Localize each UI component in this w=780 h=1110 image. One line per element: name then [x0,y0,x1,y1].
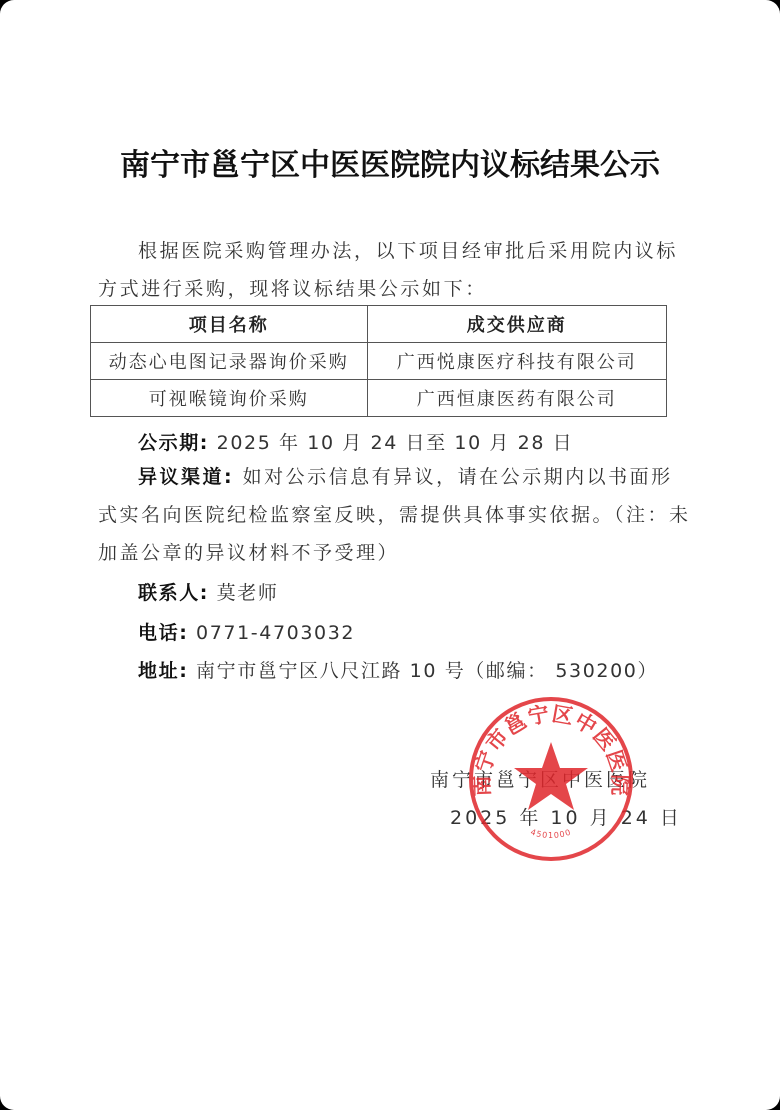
contact-value: 莫老师 [209,582,278,604]
svg-text:4501000: 4501000 [529,828,572,840]
header-supplier: 成交供应商 [367,306,666,343]
cell-supplier: 广西悦康医疗科技有限公司 [367,343,666,380]
cell-project-name: 可视喉镜询价采购 [91,380,368,417]
table-header-row: 项目名称 成交供应商 [91,306,667,343]
contact-person: 联系人: 莫老师 [138,578,278,605]
address: 地址: 南宁市邕宁区八尺江路 10 号（邮编： 530200） [138,656,658,683]
address-value: 南宁市邕宁区八尺江路 10 号（邮编： 530200） [188,660,658,682]
phone: 电话: 0771-4703032 [138,618,355,645]
address-label: 地址: [138,660,188,682]
phone-label: 电话: [138,622,188,644]
table-row: 可视喉镜询价采购 广西恒康医药有限公司 [91,380,667,417]
publicity-period-value: 2025 年 10 月 24 日至 10 月 28 日 [209,432,573,454]
phone-value: 0771-4703032 [188,622,355,644]
publicity-period-label: 公示期: [138,432,209,454]
cell-project-name: 动态心电图记录器询价采购 [91,343,368,380]
star-icon [514,742,588,810]
document-page: 南宁市邕宁区中医医院院内议标结果公示 根据医院采购管理办法，以下项目经审批后采用… [0,0,780,1110]
contact-label: 联系人: [138,582,209,604]
cell-supplier: 广西恒康医药有限公司 [367,380,666,417]
official-seal-icon: 南宁市邕宁区中医医院 4501000 [466,694,636,864]
intro-paragraph: 根据医院采购管理办法，以下项目经审批后采用院内议标方式进行采购，现将议标结果公示… [98,232,698,308]
objection-channel: 异议渠道: 如对公示信息有异议，请在公示期内以书面形式实名向医院纪检监察室反映，… [98,458,694,572]
header-project-name: 项目名称 [91,306,368,343]
document-title: 南宁市邕宁区中医医院院内议标结果公示 [0,140,780,184]
publicity-period: 公示期: 2025 年 10 月 24 日至 10 月 28 日 [138,428,573,455]
objection-channel-label: 异议渠道: [138,466,234,488]
seal-serial: 4501000 [529,828,572,840]
table-row: 动态心电图记录器询价采购 广西悦康医疗科技有限公司 [91,343,667,380]
result-table: 项目名称 成交供应商 动态心电图记录器询价采购 广西悦康医疗科技有限公司 可视喉… [90,305,667,417]
